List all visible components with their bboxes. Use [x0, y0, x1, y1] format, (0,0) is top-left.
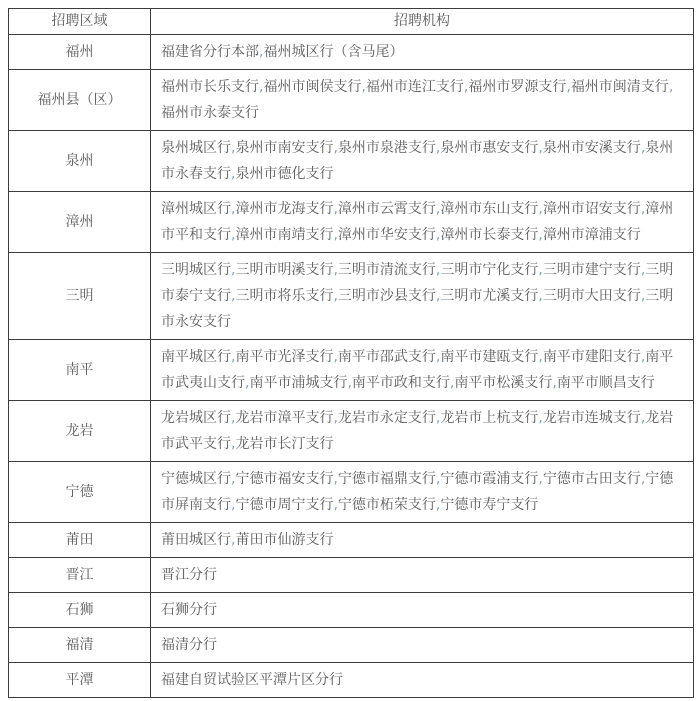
region-cell: 福州县（区） [9, 70, 151, 131]
region-cell: 莆田 [9, 523, 151, 558]
region-cell: 龙岩 [9, 401, 151, 462]
institution-name: 宁德城区行 [161, 471, 231, 487]
institution-name: 福州市永泰支行 [161, 105, 259, 121]
institutions-cell: 福建省分行本部,福州城区行（含马尾） [151, 35, 694, 70]
institution-name: 南平城区行 [161, 349, 231, 365]
institution-name: 晋江分行 [161, 567, 217, 583]
institutions-cell: 莆田城区行,莆田市仙游支行 [151, 523, 694, 558]
institutions-cell: 福清分行 [151, 628, 694, 663]
table-row: 福清 福清分行 [9, 628, 694, 663]
table-row: 南平 南平城区行,南平市光泽支行,南平市邵武支行,南平市建瓯支行,南平市建阳支行… [9, 340, 694, 401]
institution-name: 龙岩市长汀支行 [235, 436, 333, 452]
institution-name: 福清分行 [161, 637, 217, 653]
institutions-cell: 龙岩城区行,龙岩市漳平支行,龙岩市永定支行,龙岩市上杭支行,龙岩市连城支行,龙岩… [151, 401, 694, 462]
region-cell: 平潭 [9, 663, 151, 698]
institution-name: 莆田城区行 [161, 532, 231, 548]
institution-name: 福州市闽侯支行 [263, 79, 361, 95]
region-cell: 泉州 [9, 131, 151, 192]
institutions-cell: 漳州城区行,漳州市龙海支行,漳州市云霄支行,漳州市东山支行,漳州市诏安支行,漳州… [151, 192, 694, 253]
institution-name: 泉州市德化支行 [235, 166, 333, 182]
institution-name: 漳州市漳浦支行 [543, 227, 641, 243]
institution-name: 石狮分行 [161, 602, 217, 618]
institution-name: 南平市政和支行 [352, 375, 450, 391]
region-cell: 漳州 [9, 192, 151, 253]
table-row: 晋江 晋江分行 [9, 558, 694, 593]
institution-name: 宁德市福安支行 [235, 471, 333, 487]
institution-name: 南平市顺昌支行 [557, 375, 655, 391]
institutions-cell: 福建自贸试验区平潭片区分行 [151, 663, 694, 698]
comma-separator: , [669, 79, 673, 95]
region-cell: 福州 [9, 35, 151, 70]
institution-name: 漳州市华安支行 [338, 227, 436, 243]
table-row: 泉州 泉州城区行,泉州市南安支行,泉州市泉港支行,泉州市惠安支行,泉州市安溪支行… [9, 131, 694, 192]
institution-name: 南平市光泽支行 [235, 349, 333, 365]
institution-name: 漳州市云霄支行 [338, 201, 436, 217]
institution-name: 宁德市柘荣支行 [338, 497, 436, 513]
table-row: 福州县（区） 福州市长乐支行,福州市闽侯支行,福州市连江支行,福州市罗源支行,福… [9, 70, 694, 131]
institution-name: 龙岩市连城支行 [543, 410, 641, 426]
institutions-cell: 南平城区行,南平市光泽支行,南平市邵武支行,南平市建瓯支行,南平市建阳支行,南平… [151, 340, 694, 401]
institution-name: 宁德市古田支行 [543, 471, 641, 487]
institution-name: 南平市松溪支行 [454, 375, 552, 391]
region-cell: 石狮 [9, 593, 151, 628]
region-cell: 三明 [9, 253, 151, 340]
table-row: 龙岩 龙岩城区行,龙岩市漳平支行,龙岩市永定支行,龙岩市上杭支行,龙岩市连城支行… [9, 401, 694, 462]
table-body: 福州 福建省分行本部,福州城区行（含马尾） 福州县（区） 福州市长乐支行,福州市… [9, 35, 694, 698]
institution-name: 泉州市南安支行 [235, 140, 333, 156]
table-row: 福州 福建省分行本部,福州城区行（含马尾） [9, 35, 694, 70]
institution-name: 莆田市仙游支行 [235, 532, 333, 548]
table-row: 莆田 莆田城区行,莆田市仙游支行 [9, 523, 694, 558]
header-row: 招聘区域 招聘机构 [9, 9, 694, 35]
institution-name: 福州城区行（含马尾） [263, 44, 403, 60]
institution-name: 宁德市福鼎支行 [338, 471, 436, 487]
institution-name: 宁德市周宁支行 [235, 497, 333, 513]
institutions-cell: 福州市长乐支行,福州市闽侯支行,福州市连江支行,福州市罗源支行,福州市闽清支行,… [151, 70, 694, 131]
table-row: 平潭 福建自贸试验区平潭片区分行 [9, 663, 694, 698]
table-row: 石狮 石狮分行 [9, 593, 694, 628]
institution-name: 福州市连江支行 [366, 79, 464, 95]
institution-name: 漳州市南靖支行 [235, 227, 333, 243]
institution-name: 漳州市诏安支行 [543, 201, 641, 217]
institution-name: 三明市清流支行 [338, 262, 436, 278]
institution-name: 泉州城区行 [161, 140, 231, 156]
institution-name: 福州市闽清支行 [571, 79, 669, 95]
institution-name: 三明市宁化支行 [440, 262, 538, 278]
region-cell: 宁德 [9, 462, 151, 523]
institution-name: 三明市尤溪支行 [440, 288, 538, 304]
institution-name: 宁德市霞浦支行 [440, 471, 538, 487]
institution-name: 三明市沙县支行 [338, 288, 436, 304]
table-row: 三明 三明城区行,三明市明溪支行,三明市清流支行,三明市宁化支行,三明市建宁支行… [9, 253, 694, 340]
institutions-cell: 石狮分行 [151, 593, 694, 628]
institutions-cell: 晋江分行 [151, 558, 694, 593]
institution-name: 龙岩市上杭支行 [440, 410, 538, 426]
institution-name: 福建省分行本部 [161, 44, 259, 60]
institution-name: 三明城区行 [161, 262, 231, 278]
institution-name: 漳州市东山支行 [440, 201, 538, 217]
institutions-cell: 三明城区行,三明市明溪支行,三明市清流支行,三明市宁化支行,三明市建宁支行,三明… [151, 253, 694, 340]
page: 招聘区域 招聘机构 福州 福建省分行本部,福州城区行（含马尾） 福州县（区） 福… [0, 0, 699, 701]
institution-name: 泉州市安溪支行 [543, 140, 641, 156]
institution-name: 南平市建瓯支行 [440, 349, 538, 365]
institution-name: 宁德市寿宁支行 [440, 497, 538, 513]
institution-name: 漳州市龙海支行 [235, 201, 333, 217]
institution-name: 南平市邵武支行 [338, 349, 436, 365]
institution-name: 漳州市长泰支行 [440, 227, 538, 243]
region-cell: 晋江 [9, 558, 151, 593]
institution-name: 漳州城区行 [161, 201, 231, 217]
institution-name: 龙岩城区行 [161, 410, 231, 426]
recruitment-table: 招聘区域 招聘机构 福州 福建省分行本部,福州城区行（含马尾） 福州县（区） 福… [8, 8, 694, 698]
institution-name: 福建自贸试验区平潭片区分行 [161, 672, 343, 688]
institution-name: 泉州市泉港支行 [338, 140, 436, 156]
region-cell: 福清 [9, 628, 151, 663]
institution-name: 福州市罗源支行 [468, 79, 566, 95]
header-region: 招聘区域 [9, 9, 151, 35]
institution-name: 三明市建宁支行 [543, 262, 641, 278]
table-row: 漳州 漳州城区行,漳州市龙海支行,漳州市云霄支行,漳州市东山支行,漳州市诏安支行… [9, 192, 694, 253]
institution-name: 南平市浦城支行 [249, 375, 347, 391]
institution-name: 南平市建阳支行 [543, 349, 641, 365]
institution-name: 三明市明溪支行 [235, 262, 333, 278]
institution-name: 三明市大田支行 [543, 288, 641, 304]
institution-name: 福州市长乐支行 [161, 79, 259, 95]
institution-name: 龙岩市漳平支行 [235, 410, 333, 426]
header-institutions: 招聘机构 [151, 9, 694, 35]
institutions-cell: 泉州城区行,泉州市南安支行,泉州市泉港支行,泉州市惠安支行,泉州市安溪支行,泉州… [151, 131, 694, 192]
region-cell: 南平 [9, 340, 151, 401]
table-row: 宁德 宁德城区行,宁德市福安支行,宁德市福鼎支行,宁德市霞浦支行,宁德市古田支行… [9, 462, 694, 523]
institutions-cell: 宁德城区行,宁德市福安支行,宁德市福鼎支行,宁德市霞浦支行,宁德市古田支行,宁德… [151, 462, 694, 523]
institution-name: 三明市将乐支行 [235, 288, 333, 304]
institution-name: 龙岩市永定支行 [338, 410, 436, 426]
institution-name: 泉州市惠安支行 [440, 140, 538, 156]
